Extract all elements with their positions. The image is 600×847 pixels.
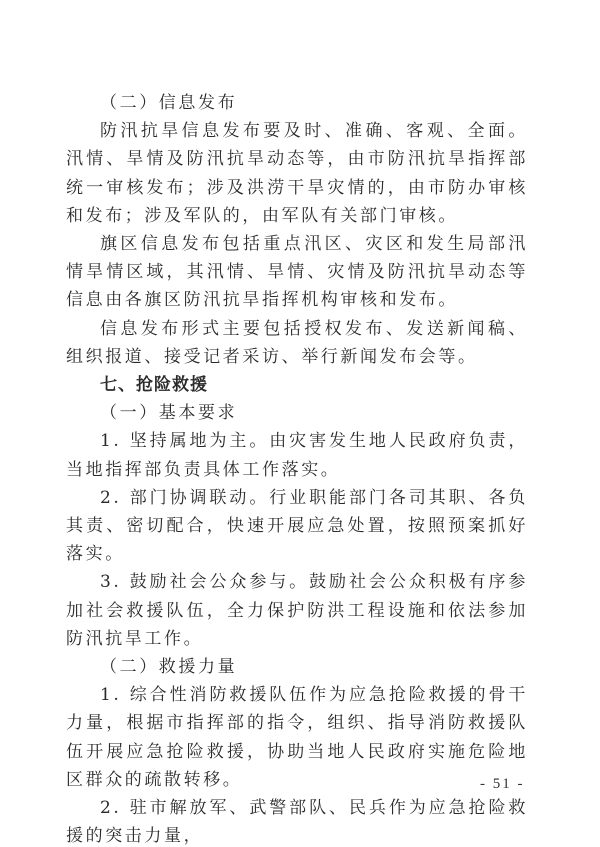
page-number: - 51 - xyxy=(480,776,525,793)
paragraph: 2. 部门协调联动。行业职能部门各司其职、各负其责、密切配合，快速开展应急处置，… xyxy=(66,484,528,569)
paragraph: 2. 驻市解放军、武警部队、民兵作为应急抢险救援的突击力量， xyxy=(66,794,528,847)
paragraph: 1. 坚持属地为主。由灾害发生地人民政府负责，当地指挥部负责具体工作落实。 xyxy=(66,427,528,483)
heading-rescue: 七、抢险救援 xyxy=(66,371,528,399)
paragraph: 1. 综合性消防救援队伍作为应急抢险救援的骨干力量，根据市指挥部的指令，组织、指… xyxy=(66,681,528,794)
paragraph: 防汛抗旱信息发布要及时、准确、客观、全面。汛情、旱情及防汛抗旱动态等，由市防汛抗… xyxy=(66,117,528,230)
subheading-info-release: （二）信息发布 xyxy=(66,89,528,117)
paragraph: 3. 鼓励社会公众参与。鼓励社会公众积极有序参加社会救援队伍，全力保护防洪工程设… xyxy=(66,568,528,653)
subheading-basic-requirements: （一）基本要求 xyxy=(66,399,528,427)
document-page: （二）信息发布 防汛抗旱信息发布要及时、准确、客观、全面。汛情、旱情及防汛抗旱动… xyxy=(66,89,528,847)
subheading-rescue-forces: （二）救援力量 xyxy=(66,653,528,681)
paragraph: 旗区信息发布包括重点汛区、灾区和发生局部汛情旱情区域，其汛情、旱情、灾情及防汛抗… xyxy=(66,230,528,315)
paragraph: 信息发布形式主要包括授权发布、发送新闻稿、组织报道、接受记者采访、举行新闻发布会… xyxy=(66,315,528,371)
